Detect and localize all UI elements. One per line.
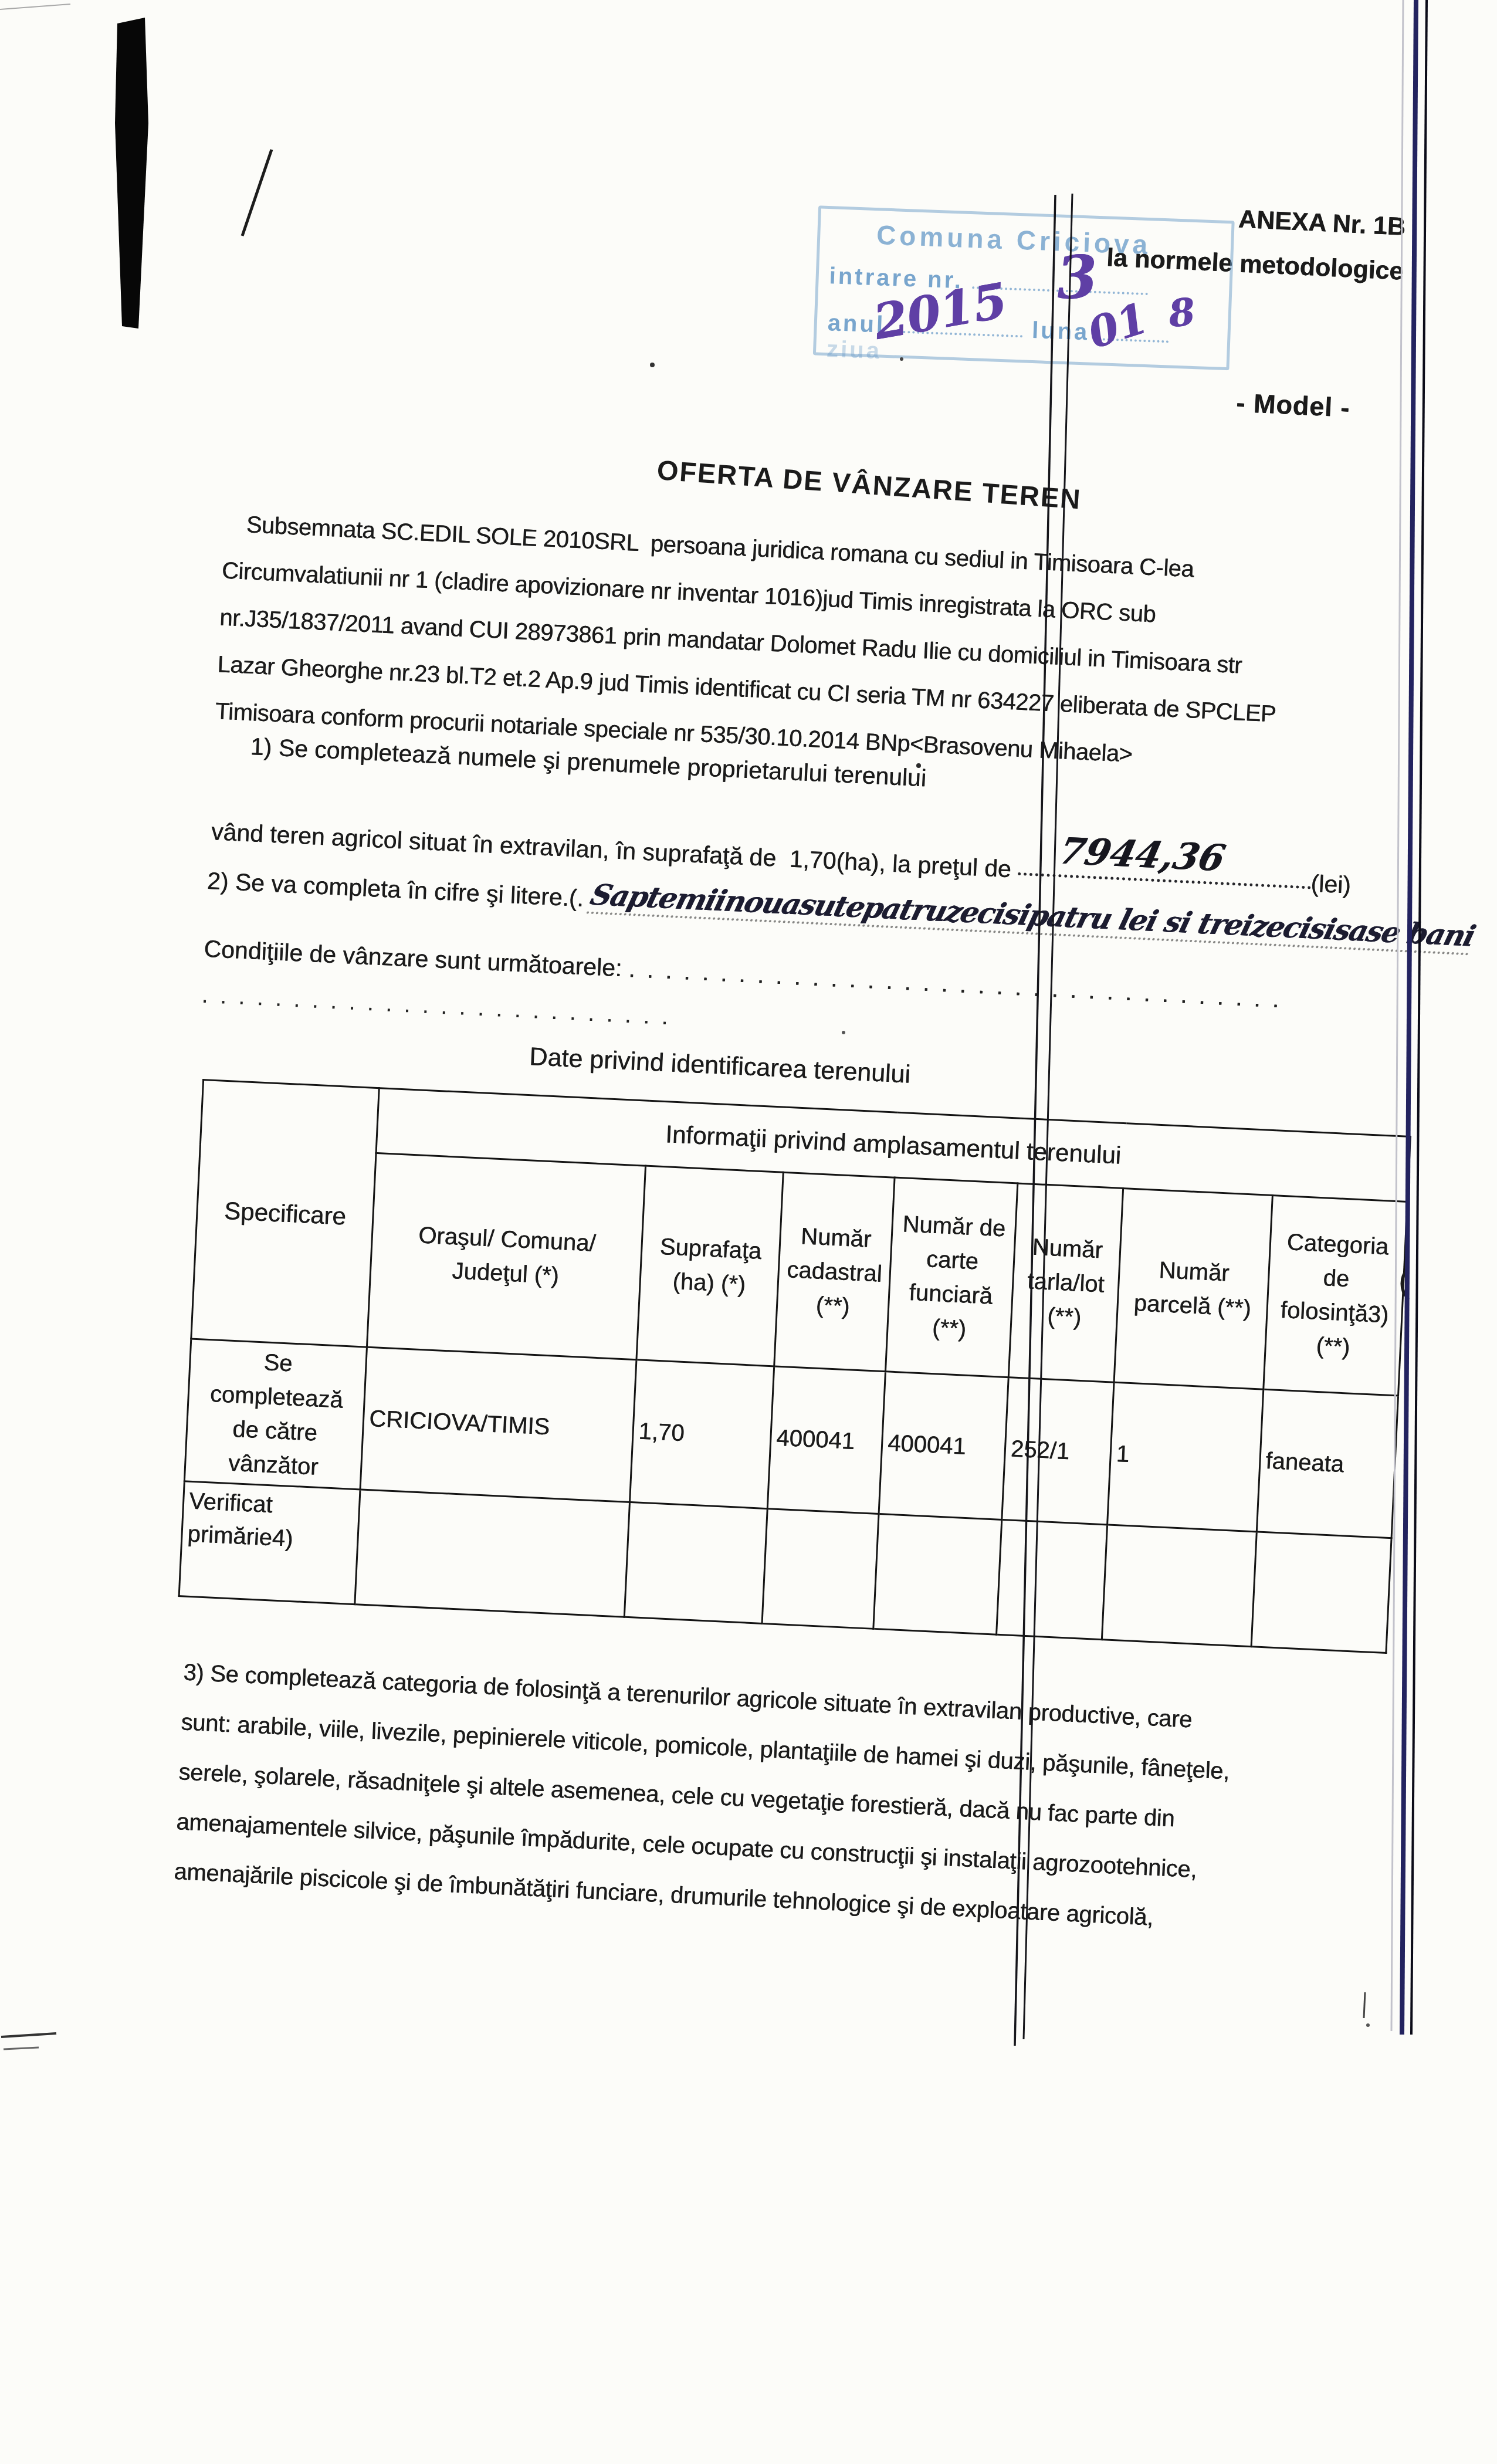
cell-cadastral: 400041 [767,1366,885,1514]
bottom-left-mark [4,2047,39,2049]
empty-cell [355,1490,630,1617]
col-header-specificare: Specificare [191,1079,379,1347]
col-header-categoria: Categoria de folosinţă3) (**) [1264,1196,1407,1396]
row-label-verified: Verificat primărie4) [179,1481,360,1605]
cell-parcela: 1 [1107,1382,1264,1532]
col-header-parcela: Număr parcelă (**) [1114,1189,1272,1390]
handwritten-entry-number: 3 [1055,242,1099,313]
cell-tarla: 252/1 [1002,1377,1114,1525]
col-header-cadastral: Număr cadastral (**) [774,1172,895,1372]
registration-stamp: Comuna Criciova intrare nr. anul luna zi… [813,205,1235,370]
land-identification-table: Specificare Informaţii privind amplasame… [178,1079,1411,1654]
handwritten-price: 7944,36 [1055,830,1229,880]
empty-cell [1251,1532,1391,1653]
col-header-suprafata: Suprafaţa (ha) (*) [636,1166,783,1366]
price-unit: (lei) [1310,870,1352,899]
bottom-right-mark [1364,1992,1365,2018]
footnote-3-paragraph: 3) Se completează categoria de folosinţă… [172,1648,1232,1947]
scanned-document-page: ANEXA Nr. 1B la normele metodologice Com… [0,0,1497,2464]
document-title: OFERTA DE VÂNZARE TEREN [656,453,1082,515]
clipped-character-fragment: ( [1398,1261,1410,1299]
cell-orasul: CRICIOVA/TIMIS [360,1347,636,1502]
empty-cell [997,1519,1107,1639]
empty-cell [762,1509,879,1629]
conditions-dotted-line-2: .......................... [201,981,680,1031]
scan-dot [1366,2023,1370,2027]
handwritten-day: 8 [1166,290,1197,336]
stamp-organization: Comuna Criciova [819,217,1208,263]
corner-scan-line [0,4,70,9]
cell-categoria: faneata [1256,1389,1398,1538]
cell-suprafata: 1,70 [630,1360,774,1509]
cell-carte-funciara: 400041 [879,1372,1008,1520]
conditions-dotted-leader: .................................... [628,955,1292,1013]
empty-cell [873,1514,1002,1635]
empty-cell [624,1502,767,1624]
bottom-left-mark [1,2033,56,2037]
price-dotted-line: 7944,36 [1018,869,1311,889]
model-label: - Model - [1235,388,1350,424]
stamp-day-label: ziua [826,336,882,364]
row-label-seller: Se completează de către vânzător [184,1339,367,1490]
document-content: ANEXA Nr. 1B la normele metodologice Com… [83,147,1435,2169]
col-header-orasul: Oraşul/ Comuna/ Judeţul (*) [367,1153,645,1359]
stamp-month-label: luna [1031,317,1090,346]
conditions-label: Condiţiile de vânzare sunt următoarele: [204,935,623,982]
empty-cell [1102,1525,1256,1647]
col-header-tarla: Număr tarla/lot (**) [1008,1183,1123,1382]
scan-edge-streak [115,18,148,329]
footnote-2-text: 2) Se va completa în cifre şi litere.(. [206,867,584,912]
col-header-carte-funciara: Număr de carte funciară (**) [885,1177,1017,1377]
